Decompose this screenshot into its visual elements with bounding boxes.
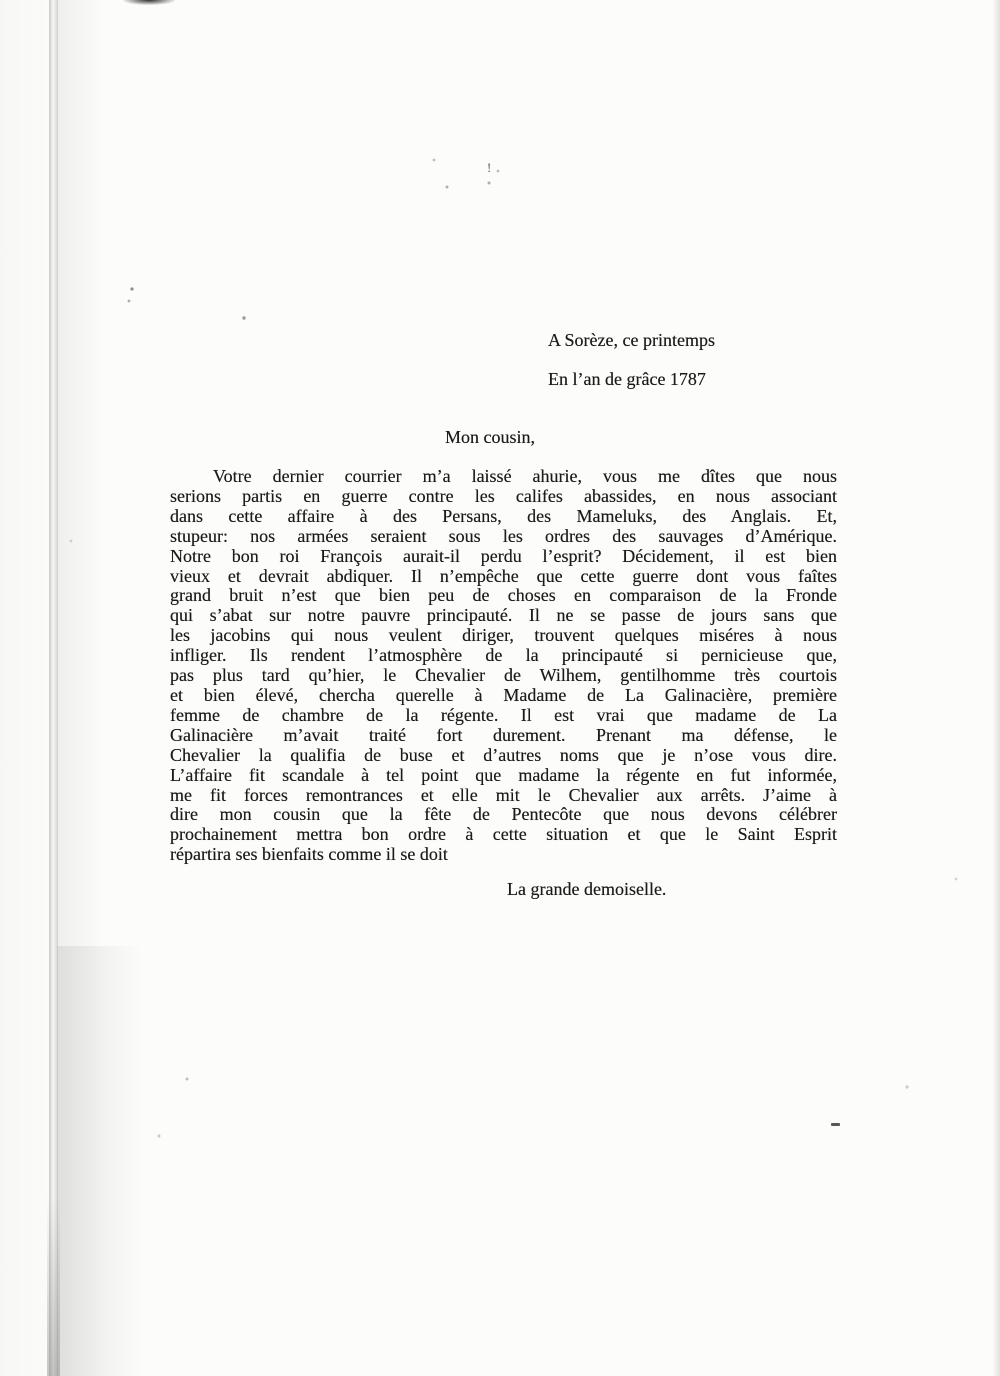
body-line: dire mon cousin que la fête de Pentecôte…: [170, 805, 837, 825]
dateline-place: A Sorèze, ce printemps: [548, 330, 715, 351]
body-line: femme de chambre de la régente. Il est v…: [170, 706, 837, 726]
body-line: grand bruit n’est que bien peu de choses…: [170, 586, 837, 606]
body-line: Galinacière m’avait traité fort durement…: [170, 726, 837, 746]
top-edge-smudge: [123, 0, 175, 5]
scan-speckles: [0, 0, 2, 2]
body-line: prochainement mettra bon ordre à cette s…: [170, 825, 837, 845]
body-line: serions partis en guerre contre les cali…: [170, 487, 837, 507]
book-spine-crease: [49, 0, 58, 1376]
body-line: pas plus tard qu’hier, le Chevalier de W…: [170, 666, 837, 686]
body-line: qui s’abat sur notre pauvre principauté.…: [170, 606, 837, 626]
body-line: L’affaire fit scandale à tel point que m…: [170, 766, 837, 786]
body-line: me fit forces remontrances et elle mit l…: [170, 786, 837, 806]
body-line: les jacobins qui nous veulent diriger, t…: [170, 626, 837, 646]
body-line: Notre bon roi François aurait-il perdu l…: [170, 547, 837, 567]
ink-blot-artifact: !: [487, 161, 490, 174]
dateline-year: En l’an de grâce 1787: [548, 369, 706, 390]
body-line: Votre dernier courrier m’a laissé ahurie…: [170, 467, 837, 487]
signature: La grande demoiselle.: [507, 879, 666, 900]
body-line: stupeur: nos armées seraient sous les or…: [170, 527, 837, 547]
body-line: Chevalier la qualifia de buse et d’autre…: [170, 746, 837, 766]
spine-left-margin: [0, 0, 50, 1376]
letter-body: Votre dernier courrier m’a laissé ahurie…: [170, 467, 837, 865]
spine-shadow-wash-bottom: [57, 946, 157, 1376]
body-line: dans cette affaire à des Persans, des Ma…: [170, 507, 837, 527]
body-line: infliger. Ils rendent l’atmosphère de la…: [170, 646, 837, 666]
page-right-edge: [992, 0, 1000, 1376]
scanned-letter-page: ! A Sorèze, ce printemps En l’an de grâc…: [0, 0, 1000, 1376]
book-spine-crease-bottom: [47, 1196, 60, 1376]
body-line: vieux et devrait abdiquer. Il n’empêche …: [170, 567, 837, 587]
salutation: Mon cousin,: [445, 427, 535, 448]
scan-dash-artifact: [831, 1123, 840, 1126]
body-line: répartira ses bienfaits comme il se doit: [170, 845, 837, 865]
body-line: et bien élevé, chercha querelle à Madame…: [170, 686, 837, 706]
